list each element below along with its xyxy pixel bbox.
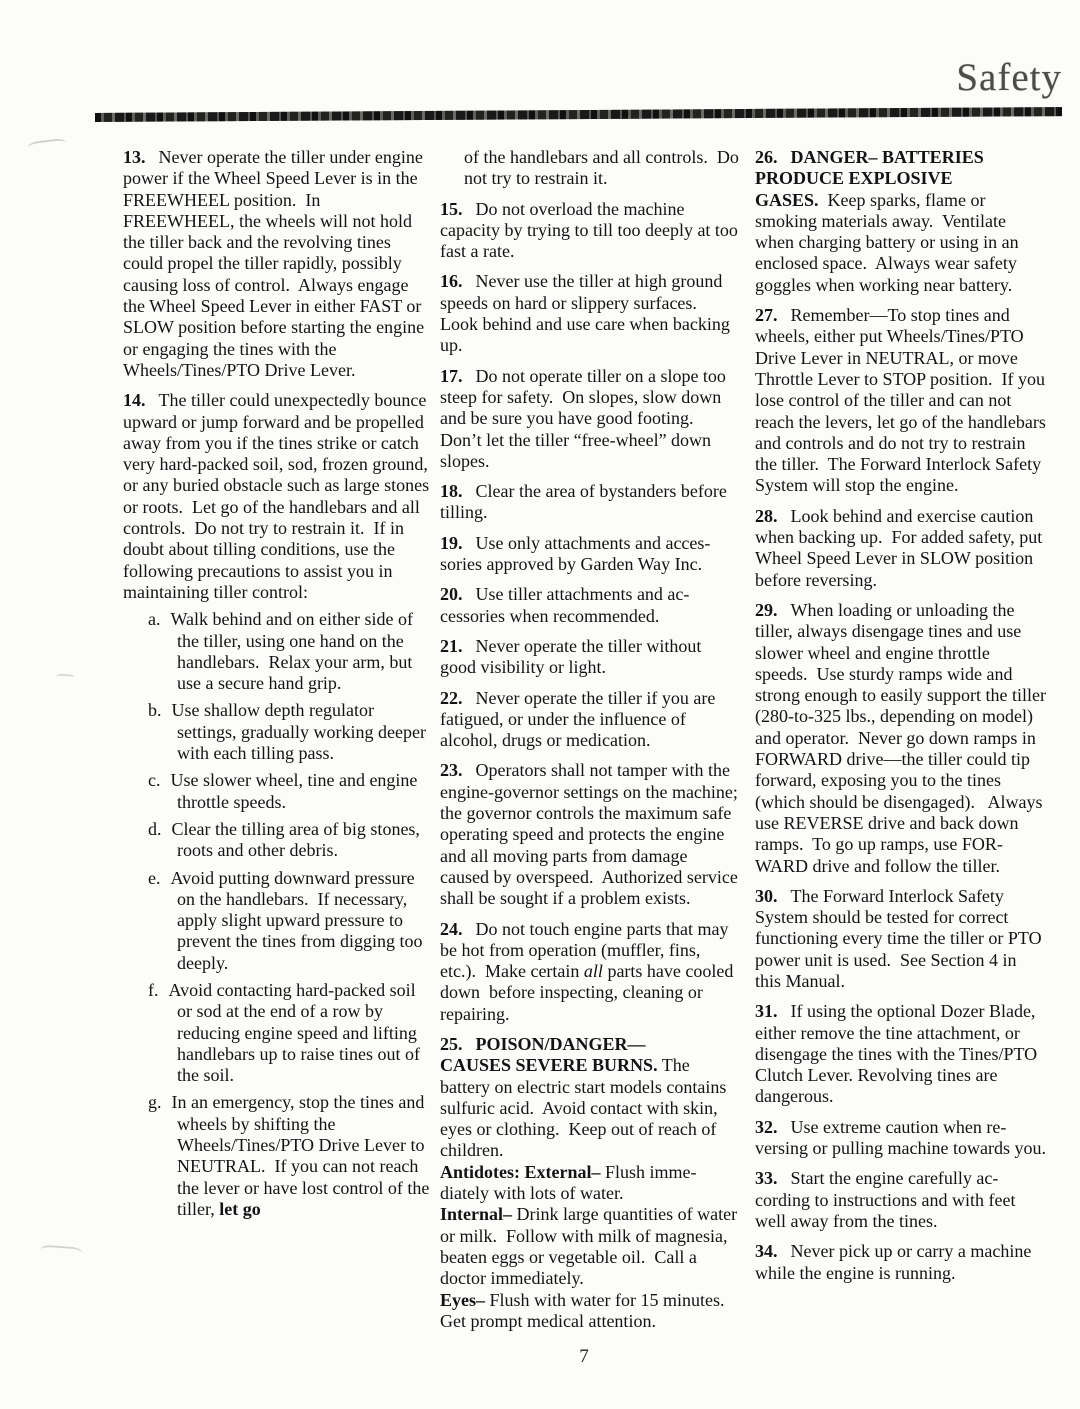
text-run: Walk behind and on either side of the ti… (171, 609, 418, 693)
safety-item-14: 14.The tiller could unexpectedly bounce … (123, 390, 430, 603)
scan-artifact (28, 138, 67, 153)
item-number: 31. (755, 1001, 791, 1021)
safety-item-24: 24.Do not touch engine parts that may be… (440, 919, 739, 1025)
safety-item-15: 15.Do not overload the machine capacity … (440, 199, 739, 263)
text-run: GASES. (755, 190, 819, 210)
text-run: Never operate the tiller without good vi… (440, 636, 706, 677)
safety-item-27: 27.Remember—To stop tines and wheels, ei… (755, 305, 1046, 497)
item-number: 25. (440, 1034, 476, 1054)
sub-item-f: f.Avoid contacting hard-packed soil or s… (123, 980, 430, 1086)
safety-item-19: 19.Use only attachments and acces­sories… (440, 533, 739, 576)
sub-item-letter: f. (148, 980, 169, 1000)
item-number: 15. (440, 199, 476, 219)
text-run: Start the engine carefully ac­cording to… (755, 1168, 1020, 1231)
text-column-right: 26.DANGER– BATTERIESPRODUCE EXPLOSIVEGAS… (755, 147, 1046, 1284)
text-run: Look behind and exercise cau­tion when b… (755, 506, 1046, 590)
text-run: Use only attachments and acces­sories ap… (440, 533, 710, 574)
text-run: Eyes– (440, 1290, 485, 1310)
safety-item-22: 22.Never operate the tiller if you are f… (440, 688, 739, 752)
safety-item-33: 33.Start the engine carefully ac­cording… (755, 1168, 1046, 1232)
item-number: 17. (440, 366, 476, 386)
safety-item-13: 13.Never operate the tiller under engine… (123, 147, 430, 381)
text-run: When loading or unloading the tiller, al… (755, 600, 1050, 876)
header-rule (95, 107, 1062, 122)
sub-item-letter: b. (148, 700, 172, 720)
sub-item-e: e.Avoid putting downward pres­sure on th… (123, 868, 430, 974)
text-run: Never use the tiller at high ground spee… (440, 271, 734, 355)
text-run: POISON/DANGER— (476, 1034, 646, 1054)
sub-item-c: c.Use slower wheel, tine and en­gine thr… (123, 770, 430, 813)
page-title: Safety (956, 58, 1062, 97)
sub-item-d: d.Clear the tilling area of big stones, … (123, 819, 430, 862)
safety-item-25: 25.POISON/DANGER—CAUSES SEVERE BURNS. Th… (440, 1034, 739, 1332)
safety-item-16: 16.Never use the tiller at high ground s… (440, 271, 739, 356)
text-run: Antidotes: External– (440, 1162, 601, 1182)
text-run: Avoid contacting hard-packed soil or sod… (169, 980, 425, 1085)
item-number: 14. (123, 390, 159, 410)
text-run: Never operate the tiller if you are fati… (440, 688, 720, 751)
safety-item-26: 26.DANGER– BATTERIESPRODUCE EXPLOSIVEGAS… (755, 147, 1046, 296)
scan-artifact (56, 674, 74, 682)
text-run: Use tiller attachments and ac­cessories … (440, 584, 689, 625)
text-run: Use extreme caution when re­versing or p… (755, 1117, 1046, 1158)
safety-item-23: 23.Operators shall not tamper with the e… (440, 760, 739, 909)
item-number: 30. (755, 886, 791, 906)
item-number: 33. (755, 1168, 791, 1188)
item-number: 32. (755, 1117, 791, 1137)
sub-item-a: a.Walk behind and on either side of the … (123, 609, 430, 694)
text-run: The Forward Interlock Safety System shou… (755, 886, 1046, 991)
text-run: of the handlebars and all con­trols. Do … (464, 147, 743, 188)
continuation-paragraph: of the handlebars and all con­trols. Do … (440, 147, 739, 190)
text-run: If using the optional Dozer Blade, eithe… (755, 1001, 1042, 1106)
item-number: 16. (440, 271, 476, 291)
sub-item-g: g.In an emergency, stop the tines and wh… (123, 1092, 430, 1220)
item-number: 29. (755, 600, 791, 620)
safety-item-21: 21.Never operate the tiller without good… (440, 636, 739, 679)
item-number: 23. (440, 760, 476, 780)
item-number: 27. (755, 305, 791, 325)
text-run: DANGER– BATTERIES (791, 147, 984, 167)
text-column-middle: of the handlebars and all con­trols. Do … (440, 147, 739, 1332)
text-run: Clear the tilling area of big stones, ro… (172, 819, 425, 860)
text-run: Never pick up or carry a ma­chine while … (755, 1241, 1036, 1282)
text-run: Internal– (440, 1204, 512, 1224)
text-run: Remember—To stop tines and wheels, eithe… (755, 305, 1050, 495)
safety-item-18: 18.Clear the area of bystanders be­fore … (440, 481, 739, 524)
text-run: Flush with water for 15 min­utes. Get pr… (440, 1290, 733, 1331)
sub-item-letter: d. (148, 819, 172, 839)
sub-item-b: b.Use shallow depth regulator settings, … (123, 700, 430, 764)
text-column-left: 13.Never operate the tiller under engine… (123, 147, 430, 1220)
item-number: 22. (440, 688, 476, 708)
text-run: Use slower wheel, tine and en­gine throt… (171, 770, 422, 811)
text-run: The tiller could unexpectedly bounce upw… (123, 390, 434, 602)
safety-item-28: 28.Look behind and exercise cau­tion whe… (755, 506, 1046, 591)
text-run: CAUSES SEVERE BURNS. (440, 1055, 658, 1075)
text-run: PRODUCE EXPLOSIVE (755, 168, 953, 188)
safety-item-29: 29.When loading or unloading the tiller,… (755, 600, 1046, 877)
item-number: 13. (123, 147, 159, 167)
text-run: Avoid putting downward pres­sure on the … (171, 868, 427, 973)
text-run: let go (219, 1199, 260, 1219)
item-number: 34. (755, 1241, 791, 1261)
text-run: all (584, 961, 603, 981)
safety-item-30: 30.The Forward Interlock Safety System s… (755, 886, 1046, 992)
safety-item-17: 17.Do not operate tiller on a slope too … (440, 366, 739, 472)
safety-item-31: 31.If using the optional Dozer Blade, ei… (755, 1001, 1046, 1107)
text-run: Do not overload the machine capacity by … (440, 199, 742, 262)
item-number: 24. (440, 919, 476, 939)
safety-item-20: 20.Use tiller attachments and ac­cessori… (440, 584, 739, 627)
sub-item-letter: c. (148, 770, 171, 790)
text-run: Clear the area of bystanders be­fore til… (440, 481, 731, 522)
text-run: Operators shall not tamper with the engi… (440, 760, 742, 908)
text-run: Use shallow depth regulator settings, gr… (172, 700, 431, 763)
manual-safety-page: Safety 13.Never operate the tiller under… (0, 0, 1080, 1409)
item-number: 18. (440, 481, 476, 501)
sub-item-letter: e. (148, 868, 171, 888)
item-number: 26. (755, 147, 791, 167)
text-run: Do not operate tiller on a slope too ste… (440, 366, 730, 471)
sub-item-letter: g. (148, 1092, 172, 1112)
safety-item-32: 32.Use extreme caution when re­versing o… (755, 1117, 1046, 1160)
text-run: Never operate the tiller under engine po… (123, 147, 429, 380)
item-number: 19. (440, 533, 476, 553)
item-number: 20. (440, 584, 476, 604)
item-number: 28. (755, 506, 791, 526)
safety-item-34: 34.Never pick up or carry a ma­chine whi… (755, 1241, 1046, 1284)
text-run: In an emergency, stop the tines and whee… (172, 1092, 434, 1218)
item-number: 21. (440, 636, 476, 656)
page-number: 7 (123, 1346, 1045, 1368)
scan-artifact (40, 1245, 83, 1258)
sub-item-letter: a. (148, 609, 171, 629)
